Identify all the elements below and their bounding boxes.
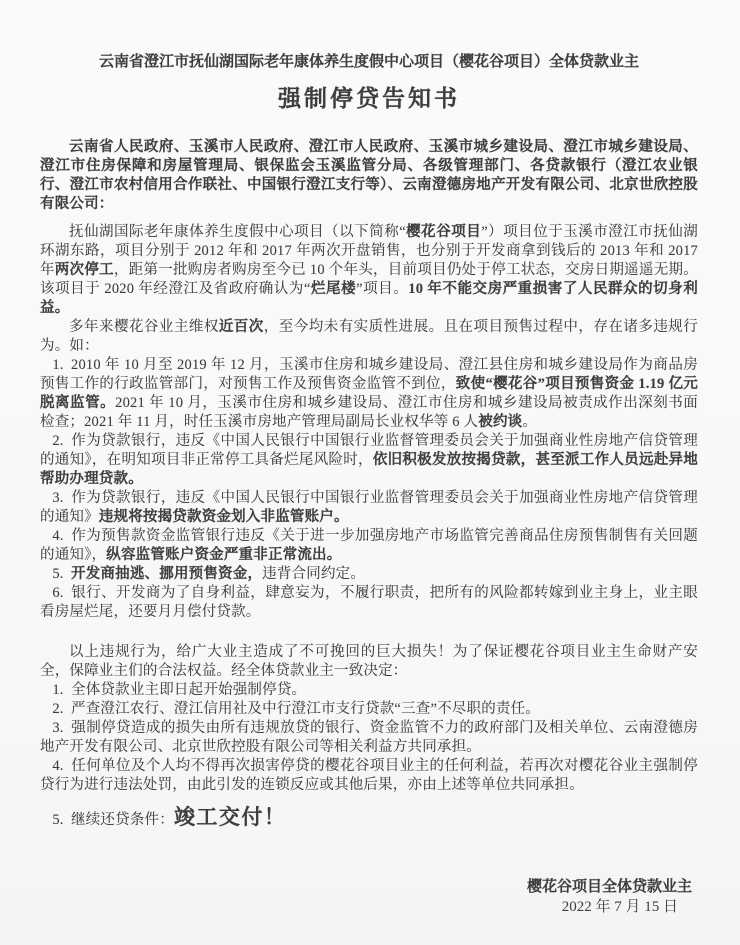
violation-item-3: 3. 作为贷款银行，违反《中国人民银行中国银行业监督管理委员会关于加强商业性房地…: [40, 489, 698, 527]
violation-item-6: 6. 银行、开发商为了自身利益，肆意妄为，不履行职责，把所有的风险都转嫁到业主身…: [40, 584, 698, 622]
violation-item-4: 4. 作为预售款资金监管银行违反《关于进一步加强房地产市场监管完善商品住房预售制…: [40, 527, 698, 565]
document-title: 强制停贷告知书: [40, 84, 698, 114]
decision-item-5: 5. 继续还贷条件：竣工交付！: [40, 804, 698, 833]
decision-item-1: 1. 全体贷款业主即日起开始强制停贷。: [40, 681, 698, 700]
decision-item-2: 2. 严查澄江农行、澄江信用社及中行澄江市支行贷款“三查”不尽职的责任。: [40, 700, 698, 719]
decision-item-4: 4. 任何单位及个人均不得再次损害停贷的樱花谷项目业主的任何利益，若再次对樱花谷…: [40, 757, 698, 795]
signature-block: 樱花谷项目全体贷款业主 2022 年 7 月 15 日: [40, 877, 698, 917]
intro-paragraph: 抚仙湖国际老年康体养生度假中心项目（以下简称“樱花谷项目”）项目位于玉溪市澄江市…: [40, 223, 698, 318]
document-page: 云南省澄江市抚仙湖国际老年康体养生度假中心项目（樱花谷项目）全体贷款业主 强制停…: [0, 0, 740, 945]
decisions-list: 1. 全体贷款业主即日起开始强制停贷。 2. 严查澄江农行、澄江信用社及中行澄江…: [40, 681, 698, 833]
violation-item-2: 2. 作为贷款银行，违反《中国人民银行中国银行业监督管理委员会关于加强商业性房地…: [40, 432, 698, 489]
decision-item-3: 3. 强制停贷造成的损失由所有违规放贷的银行、资金监管不力的政府部门及相关单位、…: [40, 719, 698, 757]
violations-list: 1. 2010 年 10 月至 2019 年 12 月，玉溪市住房和城乡建设局、…: [40, 356, 698, 622]
violations-lead-paragraph: 多年来樱花谷业主维权近百次，至今均未有实质性进展。且在项目预售过程中，存在诸多违…: [40, 318, 698, 356]
violation-item-1: 1. 2010 年 10 月至 2019 年 12 月，玉溪市住房和城乡建设局、…: [40, 356, 698, 432]
decisions-lead-paragraph: 以上违规行为，给广大业主造成了不可挽回的巨大损失！为了保证樱花谷项目业主生命财产…: [40, 643, 698, 681]
salutation-paragraph: 云南省人民政府、玉溪市人民政府、澄江市人民政府、玉溪市城乡建设局、澄江市城乡建设…: [40, 138, 698, 214]
violation-item-5: 5. 开发商抽逃、挪用预售资金，违背合同约定。: [40, 565, 698, 584]
signature-line: 樱花谷项目全体贷款业主: [40, 877, 692, 897]
document-meta-line: 云南省澄江市抚仙湖国际老年康体养生度假中心项目（樱花谷项目）全体贷款业主: [40, 52, 698, 72]
date-line: 2022 年 7 月 15 日: [40, 897, 692, 917]
